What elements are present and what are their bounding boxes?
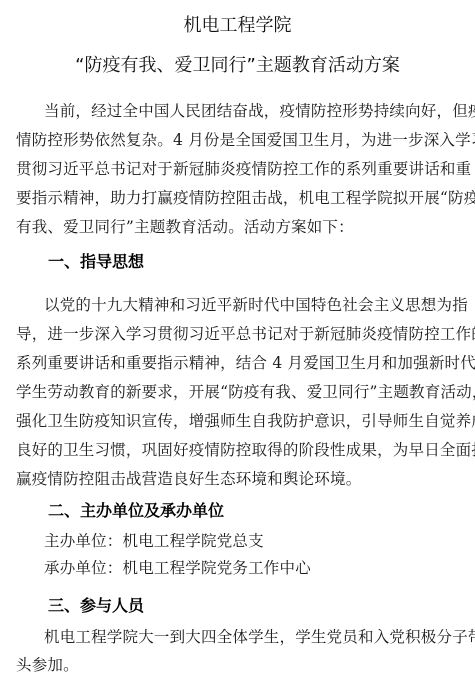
section-line: 系列重要讲话和重要指示精神，结合 4 月爱国卫生月和加强新时代大 — [16, 353, 475, 373]
intro-line: 当前，经过全中国人民团结奋战，疫情防控形势持续向好，但疫 — [44, 101, 475, 121]
section-line: 赢疫情防控阻击战营造良好生态环境和舆论环境。 — [16, 469, 361, 489]
section-line: 主办单位：机电工程学院党总支 — [44, 531, 264, 551]
section-heading: 二、主办单位及承办单位 — [48, 500, 224, 522]
intro-line: 要指示精神，助力打赢疫情防控阻击战，机电工程学院拟开展“防疫 — [16, 188, 475, 208]
section-line: 导，进一步深入学习贯彻习近平总书记对于新冠肺炎疫情防控工作的 — [16, 324, 475, 344]
section-line: 以党的十九大精神和习近平新时代中国特色社会主义思想为指 — [44, 295, 468, 315]
intro-line: 情防控形势依然复杂。4 月份是全国爱国卫生月，为进一步深入学习 — [16, 130, 475, 150]
section-line: 机电工程学院大一到大四全体学生，学生党员和入党积极分子带 — [44, 627, 475, 647]
intro-line: 贯彻习近平总书记对于新冠肺炎疫情防控工作的系列重要讲话和重 — [16, 159, 471, 179]
section-heading: 三、参与人员 — [48, 595, 144, 617]
section-line: 承办单位：机电工程学院党务工作中心 — [44, 558, 311, 578]
section-line: 学生劳动教育的新要求，开展“防疫有我、爱卫同行”主题教育活动， — [16, 382, 475, 402]
section-line: 头参加。 — [16, 655, 79, 675]
section-line: 良好的卫生习惯，巩固好疫情防控取得的阶段性成果，为早日全面打 — [16, 440, 475, 460]
main-title: “防疫有我、爱卫同行”主题教育活动方案 — [0, 54, 475, 78]
section-line: 强化卫生防疫知识宣传，增强师生自我防护意识，引导师生自觉养成 — [16, 411, 475, 431]
org-title: 机电工程学院 — [0, 14, 475, 38]
section-heading: 一、指导思想 — [48, 251, 144, 273]
intro-line: 有我、爱卫同行”主题教育活动。活动方案如下： — [16, 217, 354, 237]
